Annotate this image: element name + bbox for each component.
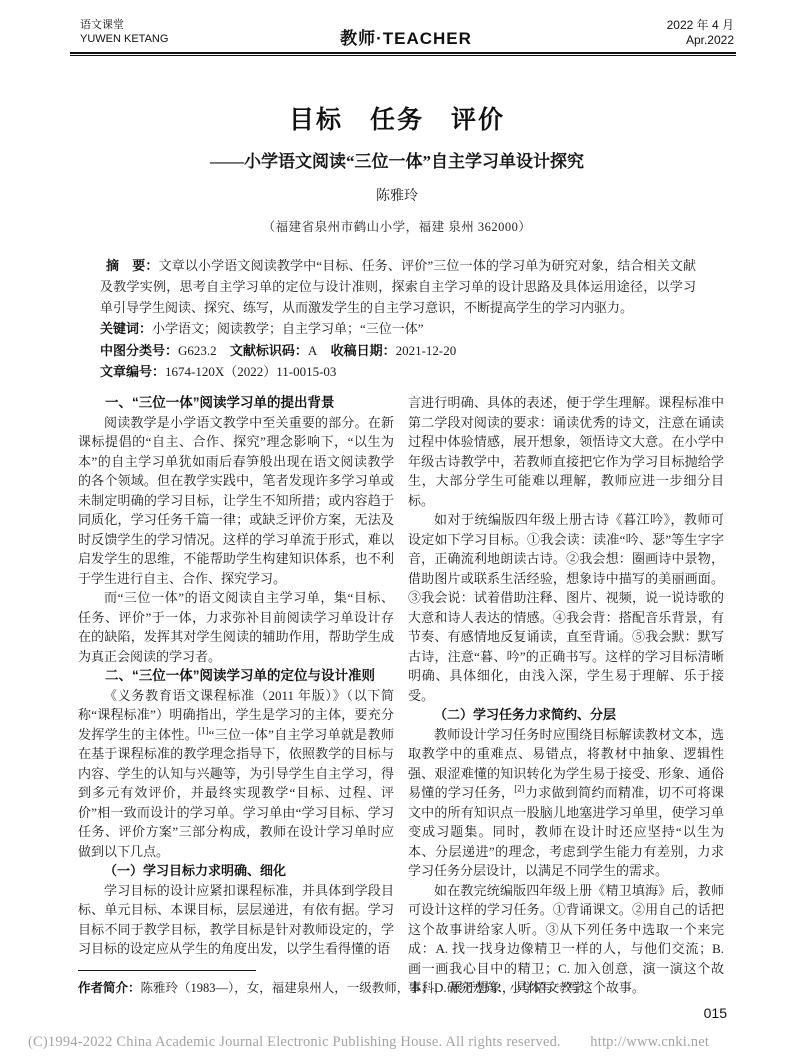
- author-bio-label: 作者简介：: [78, 981, 141, 995]
- article-id-value: 1674-120X（2022）11-0015-03: [165, 364, 336, 379]
- column-left: 一、“三位一体”阅读学习单的提出背景阅读教学是小学语文教学中至关重要的部分。在新…: [78, 393, 394, 998]
- keywords-label: 关键词：: [100, 321, 152, 336]
- paragraph: 《义务教育语文课程标准（2011 年版）》（以下简称“课程标准”）明确指出，学生…: [78, 686, 394, 862]
- article-id-label: 文章编号：: [100, 364, 165, 379]
- section-heading: 二、“三位一体”阅读学习单的定位与设计准则: [78, 666, 394, 686]
- abstract-text: 文章以小学语文阅读教学中“目标、任务、评价”三位一体的学习单为研究对象，结合相关…: [100, 258, 696, 315]
- doc-code-value: A: [308, 343, 317, 358]
- issue-date-en: Apr.2022: [667, 33, 734, 48]
- section-heading: 一、“三位一体”阅读学习单的提出背景: [78, 393, 394, 413]
- author-name: 陈雅玲: [0, 185, 794, 205]
- section-heading: （一）学习目标力求明确、细化: [78, 861, 394, 881]
- article-meta: 摘 要：文章以小学语文阅读教学中“目标、任务、评价”三位一体的学习单为研究对象，…: [100, 256, 696, 383]
- article-subtitle: ——小学语文阅读“三位一体”自主学习单设计探究: [0, 147, 794, 172]
- article-body: 一、“三位一体”阅读学习单的提出背景阅读教学是小学语文教学中至关重要的部分。在新…: [78, 393, 724, 998]
- doc-code-group: 文献标识码：A: [230, 343, 317, 358]
- clc-value: G623.2: [178, 343, 217, 358]
- keywords-text: 小学语文；阅读教学；自主学习单；“三位一体”: [152, 321, 424, 336]
- header-divider: [70, 52, 736, 56]
- author-bio-text: 陈雅玲（1983—），女，福建泉州人，一级教师，本科，研究方向：小学语文教学。: [141, 981, 597, 995]
- author-affiliation: （福建省泉州市鹤山小学，福建 泉州 362000）: [0, 217, 794, 235]
- paragraph: 学习目标的设计应紧扣课程标准，并具体到学段目标、单元目标、本课目标，层层递进，有…: [78, 881, 394, 959]
- paragraph: 言进行明确、具体的表述，便于学生理解。课程标准中第二学段对阅读的要求：诵读优秀的…: [408, 393, 724, 510]
- author-bio: 作者简介：陈雅玲（1983—），女，福建泉州人，一级教师，本科，研究方向：小学语…: [78, 979, 728, 997]
- abstract: 摘 要：文章以小学语文阅读教学中“目标、任务、评价”三位一体的学习单为研究对象，…: [100, 256, 696, 318]
- clc-label: 中图分类号：: [100, 343, 178, 358]
- footnote-divider: [78, 970, 256, 971]
- issue-date-block: 2022 年 4 月 Apr.2022: [667, 18, 734, 48]
- received-value: 2021-12-20: [396, 343, 457, 358]
- article-id-group: 文章编号：1674-120X（2022）11-0015-03: [100, 364, 336, 379]
- journal-page: 语文课堂 YUWEN KETANG 教师·TEACHER 2022 年 4 月 …: [0, 0, 794, 1063]
- article-title: 目标 任务 评价: [0, 100, 794, 136]
- doc-code-label: 文献标识码：: [230, 343, 308, 358]
- copyright-notice: (C)1994-2022 China Academic Journal Elec…: [28, 1030, 709, 1051]
- paragraph: 阅读教学是小学语文教学中至关重要的部分。在新课标提倡的“自主、合作、探究”理念影…: [78, 413, 394, 589]
- article-title-block: 目标 任务 评价 ——小学语文阅读“三位一体”自主学习单设计探究 陈雅玲 （福建…: [0, 100, 794, 235]
- paragraph: 如对于统编版四年级上册古诗《暮江吟》，教师可设定如下学习目标。①我会读：读准“吟…: [408, 510, 724, 705]
- column-right: 言进行明确、具体的表述，便于学生理解。课程标准中第二学段对阅读的要求：诵读优秀的…: [408, 393, 724, 998]
- clc-group: 中图分类号：G623.2: [100, 343, 217, 358]
- issue-date-cn: 2022 年 4 月: [667, 18, 734, 33]
- paragraph: 教师设计学习任务时应围绕目标解读教材文本，选取教学中的重难点、易错点，将教材中抽…: [408, 725, 724, 881]
- received-label: 收稿日期：: [331, 343, 396, 358]
- page-number: 015: [704, 1005, 727, 1021]
- received-group: 收稿日期：2021-12-20: [331, 343, 457, 358]
- paragraph: 而“三位一体”的语文阅读自主学习单，集“目标、任务、评价”于一体，力求弥补目前阅…: [78, 588, 394, 666]
- abstract-label: 摘 要：: [106, 258, 159, 273]
- section-heading: （二）学习任务力求简约、分层: [408, 705, 724, 725]
- keywords: 关键词：小学语文；阅读教学；自主学习单；“三位一体”: [100, 319, 696, 340]
- classification-line: 中图分类号：G623.2 文献标识码：A 收稿日期：2021-12-20 文章编…: [100, 341, 696, 383]
- journal-section-title: 教师·TEACHER: [78, 24, 734, 49]
